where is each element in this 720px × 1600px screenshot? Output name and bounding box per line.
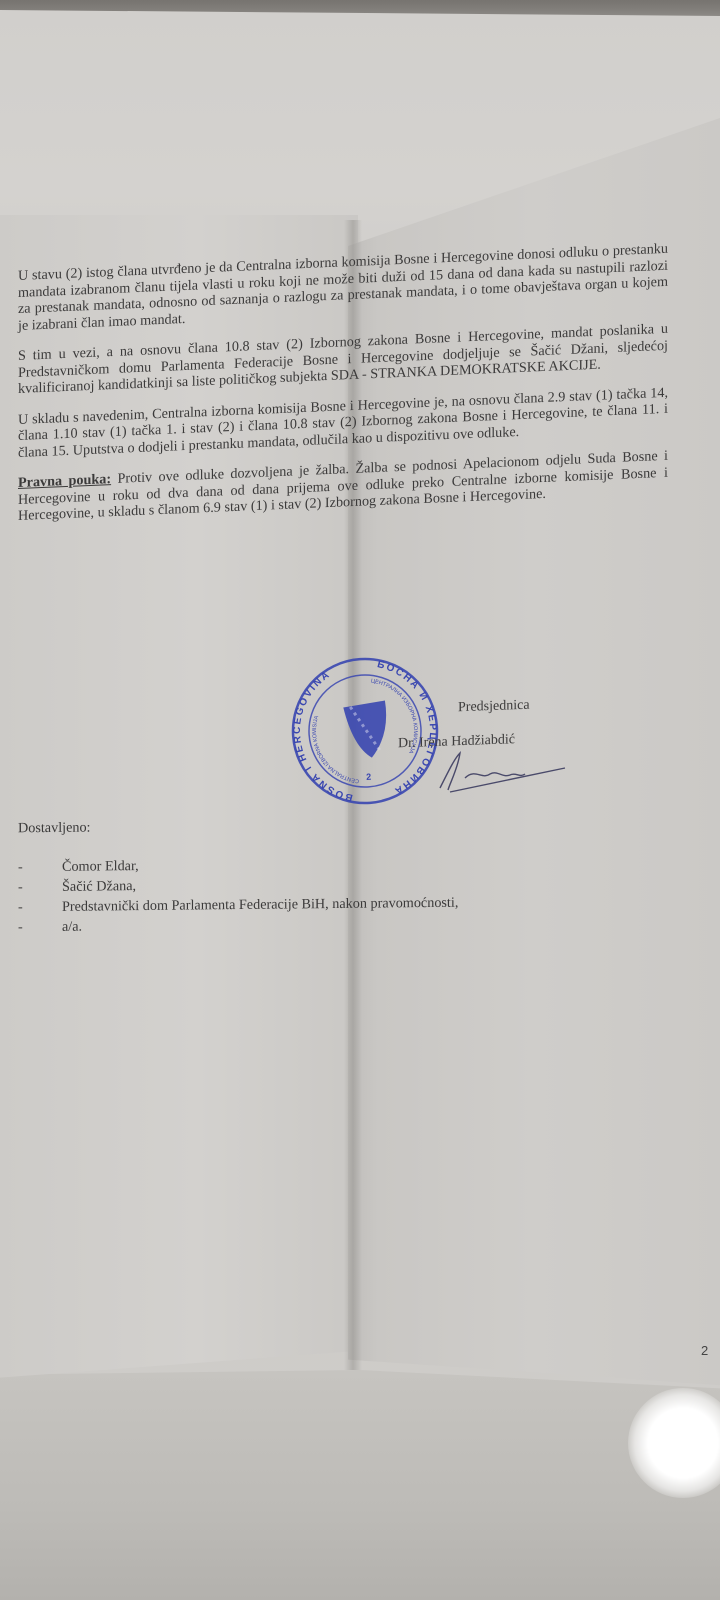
- signature-block: Predsjednica Dr. Irena Hadžiabdić: [398, 698, 530, 753]
- recipient-list: -Čomor Eldar, -Šačić Džana, -Predstavnič…: [18, 853, 458, 938]
- paragraph-2: S tim u vezi, a na osnovu člana 10.8 sta…: [18, 321, 668, 398]
- table-surface: [0, 1370, 720, 1600]
- delivered-label: Dostavljeno:: [18, 816, 458, 838]
- delivered-to-section: Dostavljeno: -Čomor Eldar, -Šačić Džana,…: [18, 816, 458, 938]
- legal-notice: Pravna pouka: Protiv ove odluke dozvolje…: [18, 448, 668, 525]
- page-number: 2: [701, 1343, 708, 1358]
- svg-text:2: 2: [366, 772, 372, 782]
- legal-notice-text: Protiv ove odluke dozvoljena je žalba. Ž…: [18, 448, 668, 524]
- photo-scene: U stavu (2) istog člana utvrđeno je da C…: [0, 0, 720, 1600]
- svg-text:BOSNA I HERCEGOVINA: BOSNA I HERCEGOVINA: [288, 667, 355, 806]
- handwritten-signature-icon: [420, 748, 570, 798]
- paragraph-3: U skladu s navedenim, Centralna izborna …: [18, 384, 668, 461]
- signatory-title: Predsjednica: [458, 698, 530, 716]
- document-body: U stavu (2) istog člana utvrđeno je da C…: [18, 241, 668, 539]
